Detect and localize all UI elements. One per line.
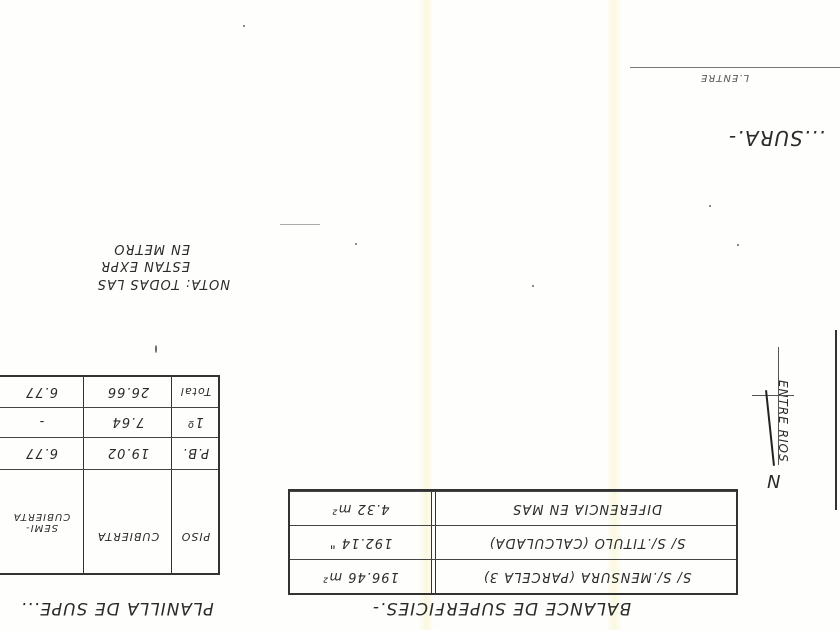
cubierta-value: 7.64	[85, 407, 171, 437]
piso-label: 1º	[173, 407, 218, 437]
table-row: 4.32 m² DIFERENCIA EN MAS	[290, 491, 736, 526]
piso-label: Total	[173, 377, 218, 407]
balance-table: 4.32 m² DIFERENCIA EN MAS 192.14 " S/ S/…	[288, 489, 738, 595]
semi-value: 6.77	[0, 377, 83, 407]
plan-title-fragment: ...SURA.-	[728, 126, 825, 150]
scanned-plan-page: L.ENTRE ...SURA.- NOTA: TODAS LAS ESTAN …	[0, 0, 840, 630]
balance-title: BALANCE DE SUPERFICIES.-	[372, 598, 631, 618]
table-row: 192.14 " S/ S/.TITULO (CALCULADA)	[290, 525, 736, 560]
semi-value: -	[0, 407, 83, 437]
header-cubierta: CUBIERTA	[85, 507, 171, 567]
balance-label: S/ S/.MENSURA (PARCELA 3)	[434, 560, 740, 594]
cubierta-value: 19.02	[85, 437, 171, 469]
balance-value: 192.14 "	[290, 526, 431, 560]
boundary-line	[630, 67, 840, 68]
table-row: 196.46 m² S/ S/.MENSURA (PARCELA 3)	[290, 559, 736, 594]
balance-value: 4.32 m²	[290, 492, 431, 526]
note-line: ESTAN EXPR	[0, 258, 190, 273]
header-semi: SEMI-CUBIERTA	[0, 477, 83, 567]
planilla-title: PLANILLA DE SUPE...	[20, 598, 214, 618]
balance-label: DIFERENCIA EN MAS	[434, 492, 740, 526]
balance-value: 196.46 m²	[290, 560, 431, 594]
cubierta-value: 26.66	[85, 377, 171, 407]
semi-value: 6.77	[0, 437, 83, 469]
balance-label: S/ S/.TITULO (CALCULADA)	[434, 526, 740, 560]
top-line-label: L.ENTRE	[700, 72, 749, 83]
planilla-table: 6.77 26.66 Total - 7.64 1º 6.77 19.02 P.…	[0, 375, 220, 575]
piso-label: P.B.	[173, 437, 218, 469]
north-marker: N	[766, 470, 780, 491]
street-edge-line	[835, 330, 837, 510]
note-line: EN METRO	[0, 241, 190, 256]
header-piso: PISO	[173, 507, 218, 567]
note-line: NOTA: TODAS LAS	[0, 276, 230, 291]
